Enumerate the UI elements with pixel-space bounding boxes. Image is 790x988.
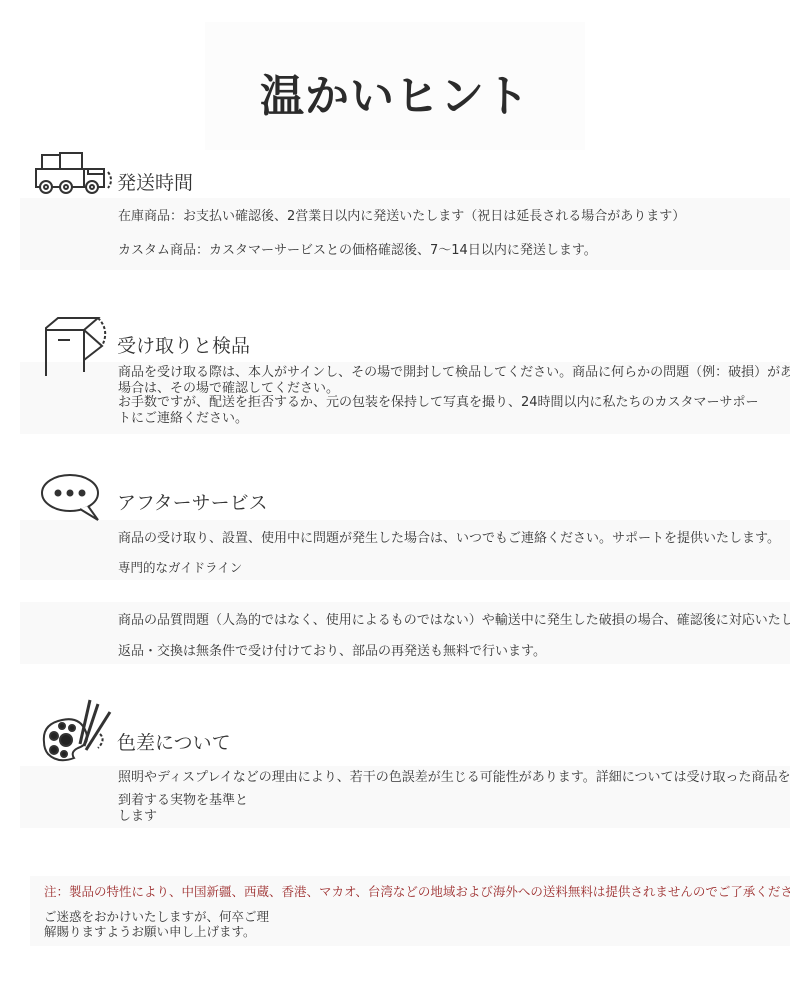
inspection-text-4: トにご連絡ください。 (118, 411, 248, 427)
inspection-text-1: 商品を受け取る際は、本人がサインし、その場で開封して検品してください。商品に何ら… (118, 365, 790, 381)
shipping-custom-text: カスタム商品：カスタマーサービスとの価格確認後、7〜14日以内に発送します。 (118, 243, 597, 259)
after-service-guideline-label: 専門的なガイドライン (118, 560, 242, 576)
section-heading-color-difference: 色差について (117, 728, 231, 755)
after-service-text-1: 商品の受け取り、設置、使用中に問題が発生した場合は、いつでもご連絡ください。サポ… (118, 531, 780, 547)
speech-bubble-icon (40, 472, 104, 528)
color-text-3: します (118, 809, 157, 825)
color-text-1: 照明やディスプレイなどの理由により、若干の色誤差が生じる可能性があります。詳細に… (118, 770, 790, 786)
color-text-2: 到着する実物を基準と (118, 793, 248, 809)
after-service-text-3: 返品・交換は無条件で受け付けており、部品の再発送も無料で行います。 (118, 644, 546, 660)
package-box-icon (40, 316, 108, 386)
truck-icon (34, 152, 120, 200)
inspection-text-3: お手数ですが、配送を拒否するか、元の包装を保持して写真を撮り、24時間以内に私た… (118, 395, 759, 411)
shipping-restriction-note: 注：製品の特性により、中国新疆、西蔵、香港、マカオ、台湾などの地域および海外への… (44, 884, 790, 900)
section-heading-shipping: 発送時間 (117, 168, 193, 195)
shipping-stock-text: 在庫商品：お支払い確認後、2営業日以内に発送いたします（祝日は延長される場合があ… (118, 209, 685, 225)
after-service-text-2: 商品の品質問題（人為的ではなく、使用によるものではない）や輸送中に発生した破損の… (118, 613, 790, 629)
apology-text-2: 解賜りますようお願い申し上げます。 (44, 924, 256, 940)
page-title: 温かいヒント (0, 60, 790, 124)
section-heading-after-service: アフターサービス (117, 488, 268, 515)
paint-palette-icon (40, 694, 116, 768)
section-heading-inspection: 受け取りと検品 (117, 331, 250, 358)
apology-text-1: ご迷惑をおかけいたしますが、何卒ご理 (44, 909, 269, 925)
